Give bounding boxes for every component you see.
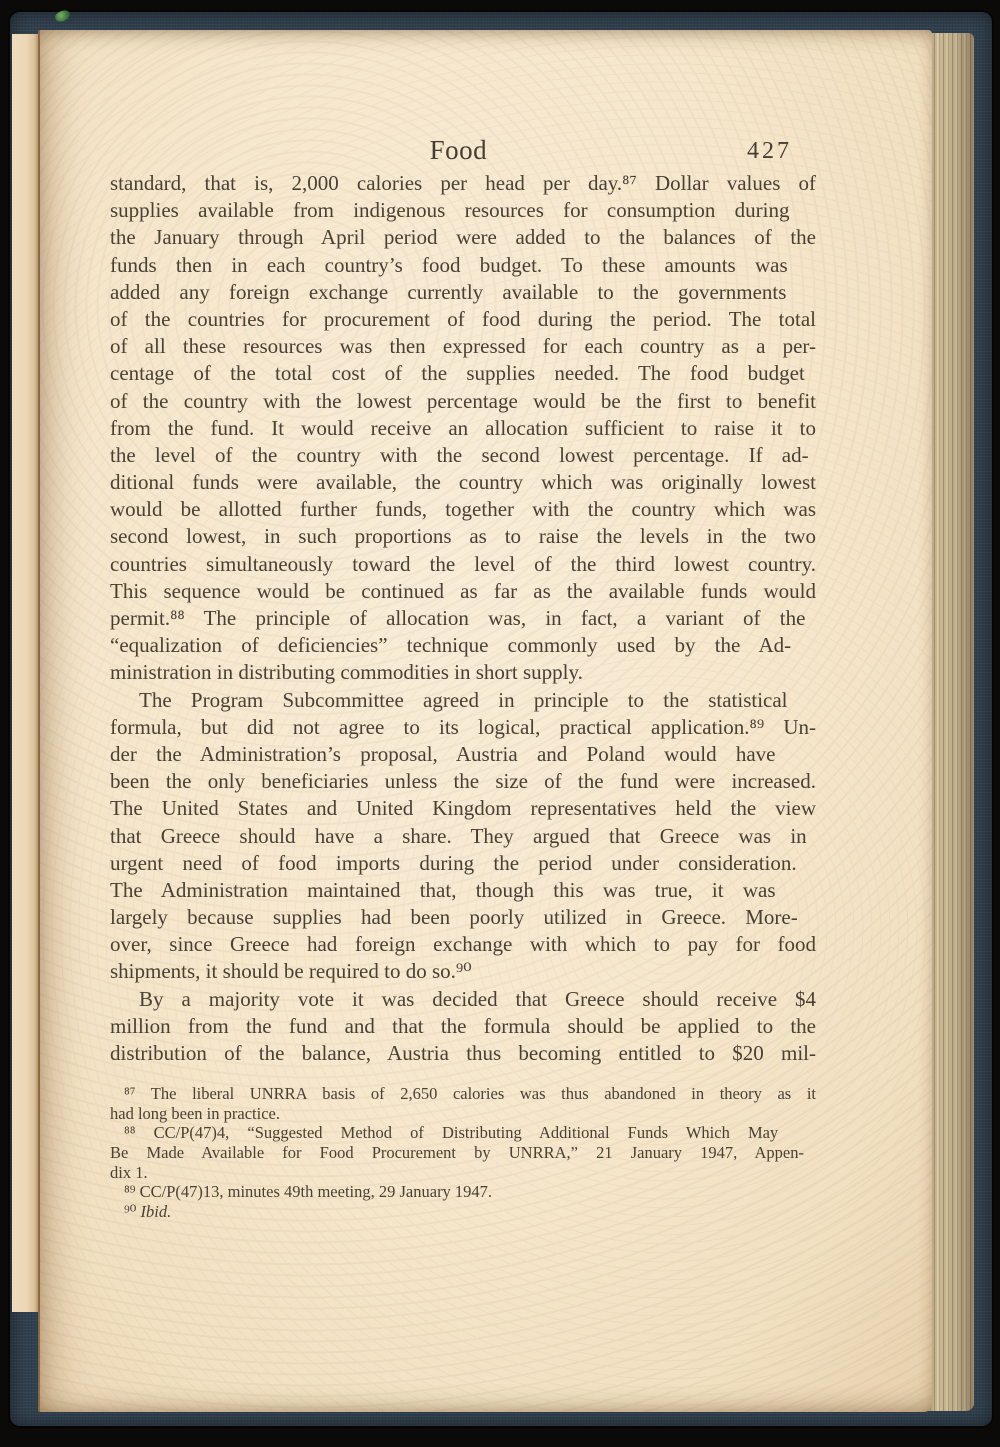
text-line: urgent need of food imports during the p…	[110, 850, 816, 877]
text-line: standard, that is, 2,000 calories per he…	[110, 170, 816, 197]
text-line: of the countries for procurement of food…	[110, 306, 816, 333]
text-line: ⁹⁰ Ibid.	[110, 1202, 816, 1222]
paragraph: standard, that is, 2,000 calories per he…	[110, 170, 816, 687]
text-line: would be allotted further funds, togethe…	[110, 496, 816, 523]
page-header: Food 427	[110, 130, 816, 170]
text-line: formula, but did not agree to its logica…	[110, 714, 816, 741]
paragraph: By a majority vote it was decided that G…	[110, 986, 816, 1068]
footnote: ⁸⁹ CC/P(47)13, minutes 49th meeting, 29 …	[110, 1182, 816, 1202]
text-line: of the country with the lowest percentag…	[110, 388, 816, 415]
text-block: Food 427 standard, that is, 2,000 calori…	[110, 30, 816, 1221]
footnote: ⁹⁰ Ibid.	[110, 1202, 816, 1222]
text-line: supplies available from indigenous resou…	[110, 197, 816, 224]
text-line: ditional funds were available, the count…	[110, 469, 816, 496]
text-line: Be Made Available for Food Procurement b…	[110, 1143, 816, 1163]
text-line: dix 1.	[110, 1163, 816, 1183]
running-head-title: Food	[430, 130, 488, 170]
text-line: distribution of the balance, Austria thu…	[110, 1040, 816, 1067]
text-line: the January through April period were ad…	[110, 224, 816, 251]
text-line: second lowest, in such proportions as to…	[110, 523, 816, 550]
text-line: ⁸⁹ CC/P(47)13, minutes 49th meeting, 29 …	[110, 1182, 816, 1202]
text-line: ⁸⁸ CC/P(47)4, “Suggested Method of Distr…	[110, 1123, 816, 1143]
text-line: der the Administration’s proposal, Austr…	[110, 741, 816, 768]
text-line: over, since Greece had foreign exchange …	[110, 931, 816, 958]
text-line: had long been in practice.	[110, 1104, 816, 1124]
text-line: ⁸⁷ The liberal UNRRA basis of 2,650 calo…	[110, 1084, 816, 1104]
footnote: ⁸⁸ CC/P(47)4, “Suggested Method of Distr…	[110, 1123, 816, 1182]
text-line: By a majority vote it was decided that G…	[110, 986, 816, 1013]
footnote: ⁸⁷ The liberal UNRRA basis of 2,650 calo…	[110, 1084, 816, 1123]
text-line: largely because supplies had been poorly…	[110, 904, 816, 931]
text-line: The United States and United Kingdom rep…	[110, 795, 816, 822]
text-line: This sequence would be continued as far …	[110, 578, 816, 605]
text-line: that Greece should have a share. They ar…	[110, 823, 816, 850]
body-text: standard, that is, 2,000 calories per he…	[110, 170, 816, 1067]
text-line: centage of the total cost of the supplie…	[110, 360, 816, 387]
text-line: of all these resources was then expresse…	[110, 333, 816, 360]
text-line: shipments, it should be required to do s…	[110, 958, 816, 985]
page-number: 427	[747, 130, 792, 172]
text-line: been the only beneficiaries unless the s…	[110, 768, 816, 795]
text-line: million from the fund and that the formu…	[110, 1013, 816, 1040]
footnotes: ⁸⁷ The liberal UNRRA basis of 2,650 calo…	[110, 1084, 816, 1221]
text-line: The Program Subcommittee agreed in princ…	[110, 687, 816, 714]
text-line: from the fund. It would receive an alloc…	[110, 415, 816, 442]
text-line: added any foreign exchange currently ava…	[110, 279, 816, 306]
paragraph: The Program Subcommittee agreed in princ…	[110, 687, 816, 986]
text-line: the level of the country with the second…	[110, 442, 816, 469]
text-line: countries simultaneously toward the leve…	[110, 551, 816, 578]
text-line: “equalization of deficiencies” technique…	[110, 632, 816, 659]
text-line: permit.⁸⁸ The principle of allocation wa…	[110, 605, 816, 632]
book-page: Food 427 standard, that is, 2,000 calori…	[38, 30, 932, 1412]
left-page-edge	[12, 34, 38, 1312]
text-line: funds then in each country’s food budget…	[110, 252, 816, 279]
page-stack-fore-edge	[928, 33, 974, 1411]
text-line: ministration in distributing commodities…	[110, 659, 816, 686]
text-line: The Administration maintained that, thou…	[110, 877, 816, 904]
